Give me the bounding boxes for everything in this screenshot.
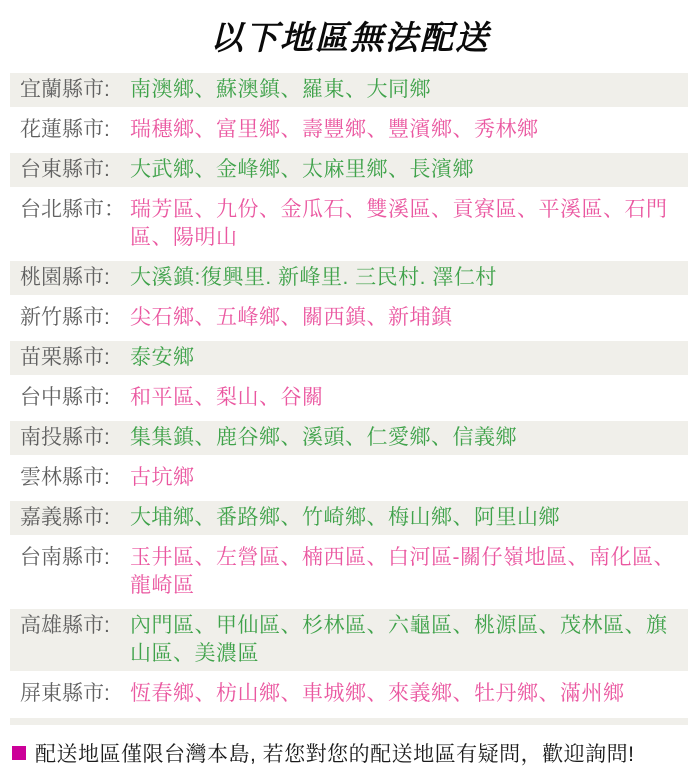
region-row-1: 宜蘭縣市: 南澳鄉、蘇澳鎮、羅東、大同鄉 bbox=[10, 73, 688, 107]
region-label: 高雄縣市: bbox=[20, 612, 130, 640]
region-label: 花蓮縣市: bbox=[20, 116, 130, 144]
region-districts: 大溪鎮:復興里. 新峰里. 三民村. 澤仁村 bbox=[130, 264, 678, 292]
region-label: 台南縣市: bbox=[20, 544, 130, 572]
region-districts: 恆春鄉、枋山鄉、車城鄉、來義鄉、牡丹鄉、滿州鄉 bbox=[130, 680, 678, 708]
region-label: 苗栗縣市: bbox=[20, 344, 130, 372]
region-row-12: 台南縣市: 玉井區、左營區、楠西區、白河區-關仔嶺地區、南化區、龍崎區 bbox=[10, 541, 688, 603]
region-districts: 尖石鄉、五峰鄉、關西鎮、新埔鎮 bbox=[130, 304, 678, 332]
region-row-2: 花蓮縣市: 瑞穗鄉、富里鄉、壽豐鄉、豐濱鄉、秀林鄉 bbox=[10, 113, 688, 147]
region-row-6: 新竹縣市: 尖石鄉、五峰鄉、關西鎮、新埔鎮 bbox=[10, 301, 688, 335]
region-districts: 瑞穗鄉、富里鄉、壽豐鄉、豐濱鄉、秀林鄉 bbox=[130, 116, 678, 144]
region-districts: 大武鄉、金峰鄉、太麻里鄉、長濱鄉 bbox=[130, 156, 678, 184]
region-row-14: 屏東縣市: 恆春鄉、枋山鄉、車城鄉、來義鄉、牡丹鄉、滿州鄉 bbox=[10, 677, 688, 711]
region-districts: 大埔鄉、番路鄉、竹崎鄉、梅山鄉、阿里山鄉 bbox=[130, 504, 678, 532]
region-districts: 集集鎮、鹿谷鄉、溪頭、仁愛鄉、信義鄉 bbox=[130, 424, 678, 452]
region-rows-container: 宜蘭縣市: 南澳鄉、蘇澳鎮、羅東、大同鄉 花蓮縣市: 瑞穗鄉、富里鄉、壽豐鄉、豐… bbox=[10, 73, 688, 711]
region-label: 桃園縣市: bbox=[20, 264, 130, 292]
region-label: 台中縣市: bbox=[20, 384, 130, 412]
region-label: 雲林縣市: bbox=[20, 464, 130, 492]
region-label: 屏東縣市: bbox=[20, 680, 130, 708]
region-districts: 玉井區、左營區、楠西區、白河區-關仔嶺地區、南化區、龍崎區 bbox=[130, 544, 678, 600]
region-row-3: 台東縣市: 大武鄉、金峰鄉、太麻里鄉、長濱鄉 bbox=[10, 153, 688, 187]
region-row-9: 南投縣市: 集集鎮、鹿谷鄉、溪頭、仁愛鄉、信義鄉 bbox=[10, 421, 688, 455]
region-row-5: 桃園縣市: 大溪鎮:復興里. 新峰里. 三民村. 澤仁村 bbox=[10, 261, 688, 295]
region-label: 嘉義縣市: bbox=[20, 504, 130, 532]
footer-text: 配送地區僅限台灣本島, 若您對您的配送地區有疑問，歡迎詢問! bbox=[35, 738, 635, 768]
no-delivery-region-table: 宜蘭縣市: 南澳鄉、蘇澳鎮、羅東、大同鄉 花蓮縣市: 瑞穗鄉、富里鄉、壽豐鄉、豐… bbox=[10, 73, 688, 725]
bullet-square-icon bbox=[12, 746, 26, 760]
region-row-10: 雲林縣市: 古坑鄉 bbox=[10, 461, 688, 495]
region-label: 台北縣市： bbox=[20, 196, 130, 224]
region-districts: 古坑鄉 bbox=[130, 464, 678, 492]
table-bottom-strip bbox=[10, 718, 688, 725]
region-districts: 內門區、甲仙區、杉林區、六龜區、桃源區、茂林區、旗山區、美濃區 bbox=[130, 612, 678, 668]
region-districts: 泰安鄉 bbox=[130, 344, 678, 372]
region-row-4: 台北縣市： 瑞芳區、九份、金瓜石、雙溪區、貢寮區、平溪區、石門區、陽明山 bbox=[10, 193, 688, 255]
region-row-11: 嘉義縣市: 大埔鄉、番路鄉、竹崎鄉、梅山鄉、阿里山鄉 bbox=[10, 501, 688, 535]
region-label: 台東縣市: bbox=[20, 156, 130, 184]
page-title: 以下地區無法配送 bbox=[0, 12, 700, 59]
region-label: 南投縣市: bbox=[20, 424, 130, 452]
region-districts: 和平區、梨山、谷關 bbox=[130, 384, 678, 412]
footer-note: 配送地區僅限台灣本島, 若您對您的配送地區有疑問，歡迎詢問! bbox=[12, 738, 690, 768]
region-label: 新竹縣市: bbox=[20, 304, 130, 332]
region-row-8: 台中縣市: 和平區、梨山、谷關 bbox=[10, 381, 688, 415]
region-row-7: 苗栗縣市: 泰安鄉 bbox=[10, 341, 688, 375]
region-districts: 南澳鄉、蘇澳鎮、羅東、大同鄉 bbox=[130, 76, 678, 104]
region-districts: 瑞芳區、九份、金瓜石、雙溪區、貢寮區、平溪區、石門區、陽明山 bbox=[130, 196, 678, 252]
region-row-13: 高雄縣市: 內門區、甲仙區、杉林區、六龜區、桃源區、茂林區、旗山區、美濃區 bbox=[10, 609, 688, 671]
region-label: 宜蘭縣市: bbox=[20, 76, 130, 104]
